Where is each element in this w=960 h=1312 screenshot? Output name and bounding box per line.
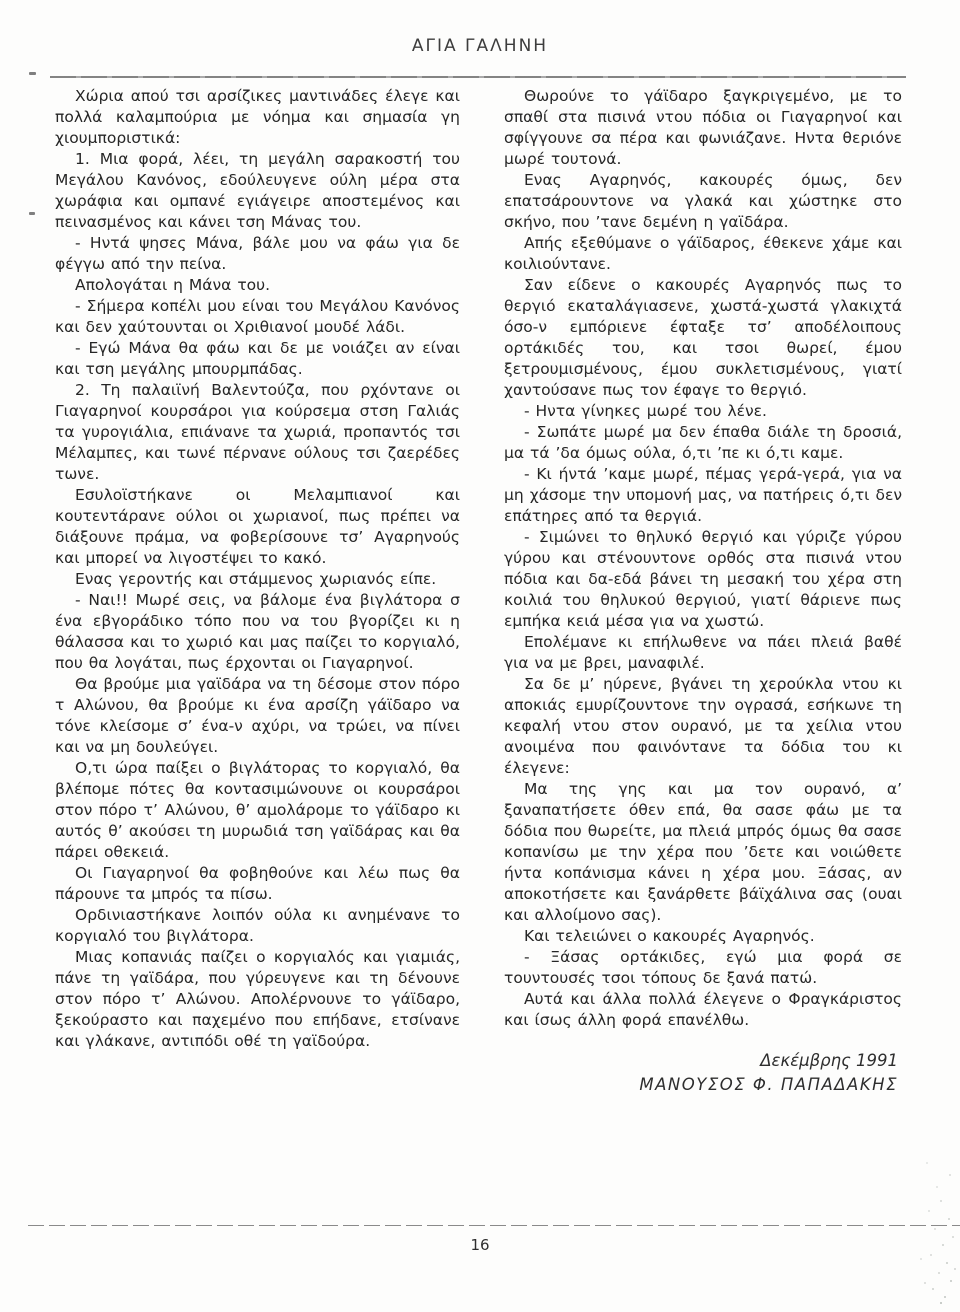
paragraph: Μιας κοπανιάς παίζει ο κοργιαλός και για… bbox=[55, 947, 460, 1052]
paragraph: - Ναι!! Μωρέ σεις, να βάλομε ένα βιγλάτο… bbox=[55, 590, 460, 674]
paragraph: Μα της γης και μα τον ουρανό, α’ ξαναπατ… bbox=[504, 779, 902, 926]
paragraph: Οι Γιαγαρηνοί θα φοβηθούνε και λέω πως θ… bbox=[55, 863, 460, 905]
paragraph: Απής εξεθύμανε ο γάϊδαρος, έθεκενε χάμε … bbox=[504, 233, 902, 275]
paragraph: - Κι ήντά ’καμε μωρέ, πέμας γερά-γερά, γ… bbox=[504, 464, 902, 527]
paragraph: - Σιμώνει το θηλυκό θεργιό και γύριζε γύ… bbox=[504, 527, 902, 632]
paragraph: Ενας γεροντής και στάμμενος χωριανός είπ… bbox=[55, 569, 460, 590]
paragraph: Επολέμανε κι επήλωθενε να πάει πλειά βαθ… bbox=[504, 632, 902, 674]
paragraph: Ενας Αγαρηνός, κακουρές όμως, δεν επατσά… bbox=[504, 170, 902, 233]
paragraph: Ορδινιαστήκανε λοιπόν ούλα κι ανημένανε … bbox=[55, 905, 460, 947]
paragraph: Θα βρούμε μια γαϊδάρα να τη δέσομε στον … bbox=[55, 674, 460, 758]
signature-date: Δεκέμβρης 1991 bbox=[504, 1049, 898, 1073]
paragraph: Αυτά και άλλα πολλά έλεγενε ο Φραγκάριστ… bbox=[504, 989, 902, 1031]
footer-divider bbox=[28, 1225, 960, 1226]
paragraph: 1. Μια φορά, λέει, τη μεγάλη σαρακοστή τ… bbox=[55, 149, 460, 233]
scan-artifact bbox=[29, 72, 36, 75]
paragraph: Χώρια απού τσι αρσίζικες μαντινάδες έλεγ… bbox=[55, 86, 460, 149]
paragraph: - Σήμερα κοπέλι μου είναι του Μεγάλου Κα… bbox=[55, 296, 460, 338]
paragraph: - Σωπάτε μωρέ μα δεν έπαθα διάλε τη δροσ… bbox=[504, 422, 902, 464]
right-column: Θωρούνε το γάϊδαρο ξαγκριγεμένο, με το σ… bbox=[504, 86, 902, 1097]
paragraph: - Ξάσας ορτάκιδες, εγώ μια φορά σε τουντ… bbox=[504, 947, 902, 989]
scan-noise bbox=[940, 1302, 942, 1304]
paragraph: Εσυλοϊστήκανε οι Μελαμπιανοί και κουτεντ… bbox=[55, 485, 460, 569]
page-number: 16 bbox=[0, 1236, 960, 1254]
page-title: ΑΓΙΑ ΓΑΛΗΝΗ bbox=[0, 36, 960, 56]
paragraph: 2. Τη παλαιϊνή Βαλεντούζα, που ρχόντανε … bbox=[55, 380, 460, 485]
paragraph: - Ηντα γίνηκες μωρέ του λένε. bbox=[504, 401, 902, 422]
signature-block: Δεκέμβρης 1991 ΜΑΝΟΥΣΟΣ Φ. ΠΑΠΑΔΑΚΗΣ bbox=[504, 1049, 902, 1097]
right-column-text: Θωρούνε το γάϊδαρο ξαγκριγεμένο, με το σ… bbox=[504, 86, 902, 1031]
paragraph: - Εγώ Μάνα θα φάω και δε με νοιάζει αν ε… bbox=[55, 338, 460, 380]
signature-author: ΜΑΝΟΥΣΟΣ Φ. ΠΑΠΑΔΑΚΗΣ bbox=[504, 1073, 898, 1097]
paragraph: - Ηντά ψησες Μάνα, βάλε μου να φάω για δ… bbox=[55, 233, 460, 275]
document-page: ΑΓΙΑ ΓΑΛΗΝΗ Χώρια απού τσι αρσίζικες μαν… bbox=[0, 0, 960, 1312]
scan-artifact bbox=[29, 212, 35, 215]
header-divider bbox=[50, 76, 906, 78]
paragraph: Ο,τι ώρα παίξει ο βιγλάτορας το κοργιαλό… bbox=[55, 758, 460, 863]
paragraph: Απολογάται η Μάνα του. bbox=[55, 275, 460, 296]
left-column: Χώρια απού τσι αρσίζικες μαντινάδες έλεγ… bbox=[55, 86, 460, 1097]
paragraph: Σαν είδενε ο κακουρές Αγαρηνός πως το θε… bbox=[504, 275, 902, 401]
text-columns: Χώρια απού τσι αρσίζικες μαντινάδες έλεγ… bbox=[55, 86, 907, 1097]
paragraph: Και τελειώνει ο κακουρές Αγαρηνός. bbox=[504, 926, 902, 947]
paragraph: Θωρούνε το γάϊδαρο ξαγκριγεμένο, με το σ… bbox=[504, 86, 902, 170]
paragraph: Σα δε μ’ ηύρενε, βγάνει τη χερούκλα ντου… bbox=[504, 674, 902, 779]
